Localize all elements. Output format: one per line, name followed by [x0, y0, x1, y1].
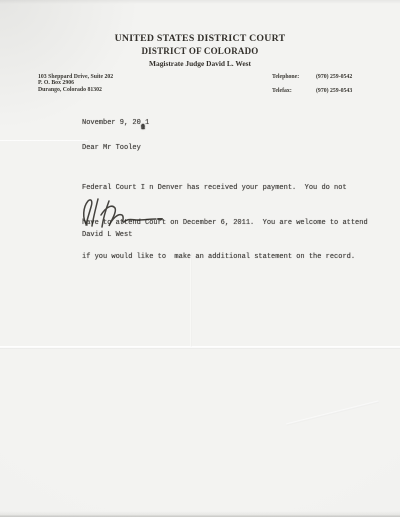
scan-bottom-edge	[0, 511, 400, 517]
date-suffix: 1	[145, 119, 149, 127]
judge-name: Magistrate Judge David L. West	[0, 59, 400, 68]
telefax-number: (970) 259-0543	[316, 88, 352, 94]
telephone-row: Telephone: (970) 259-0542	[272, 74, 352, 80]
fold-crease-left	[0, 140, 88, 142]
scanned-letter-page: UNITED STATES DISTRICT COURT DISTRICT OF…	[0, 0, 400, 517]
signer-typed-name: David L West	[82, 231, 132, 239]
telephone-label: Telephone:	[272, 74, 316, 80]
address-line-city: Durango, Colorado 81302	[38, 87, 113, 93]
fold-crease-vertical	[190, 252, 192, 347]
telephone-number: (970) 259-0542	[316, 74, 352, 80]
sender-address-block: 103 Sheppard Drive, Suite 202 P. O. Box …	[38, 74, 113, 93]
telefax-row: Telefax: (970) 259-0543	[272, 88, 352, 94]
body-line: if you would like to make an additional …	[82, 252, 368, 264]
telefax-label: Telefax:	[272, 88, 316, 94]
handwritten-signature-icon	[80, 196, 168, 232]
district-name: DISTRICT OF COLORADO	[0, 46, 400, 56]
letterhead: UNITED STATES DISTRICT COURT DISTRICT OF…	[0, 33, 400, 68]
court-name: UNITED STATES DISTRICT COURT	[0, 33, 400, 44]
fold-crease-horizontal	[0, 346, 400, 349]
wrinkle-crease-diagonal	[286, 401, 379, 426]
scan-top-edge	[0, 0, 400, 4]
contact-block: Telephone: (970) 259-0542 Telefax: (970)…	[272, 74, 352, 94]
date-line: November 9, 20011	[82, 119, 149, 127]
date-prefix: November 9, 20	[82, 119, 141, 127]
body-line: Federal Court I n Denver has received yo…	[82, 183, 368, 195]
salutation: Dear Mr Tooley	[82, 144, 141, 152]
